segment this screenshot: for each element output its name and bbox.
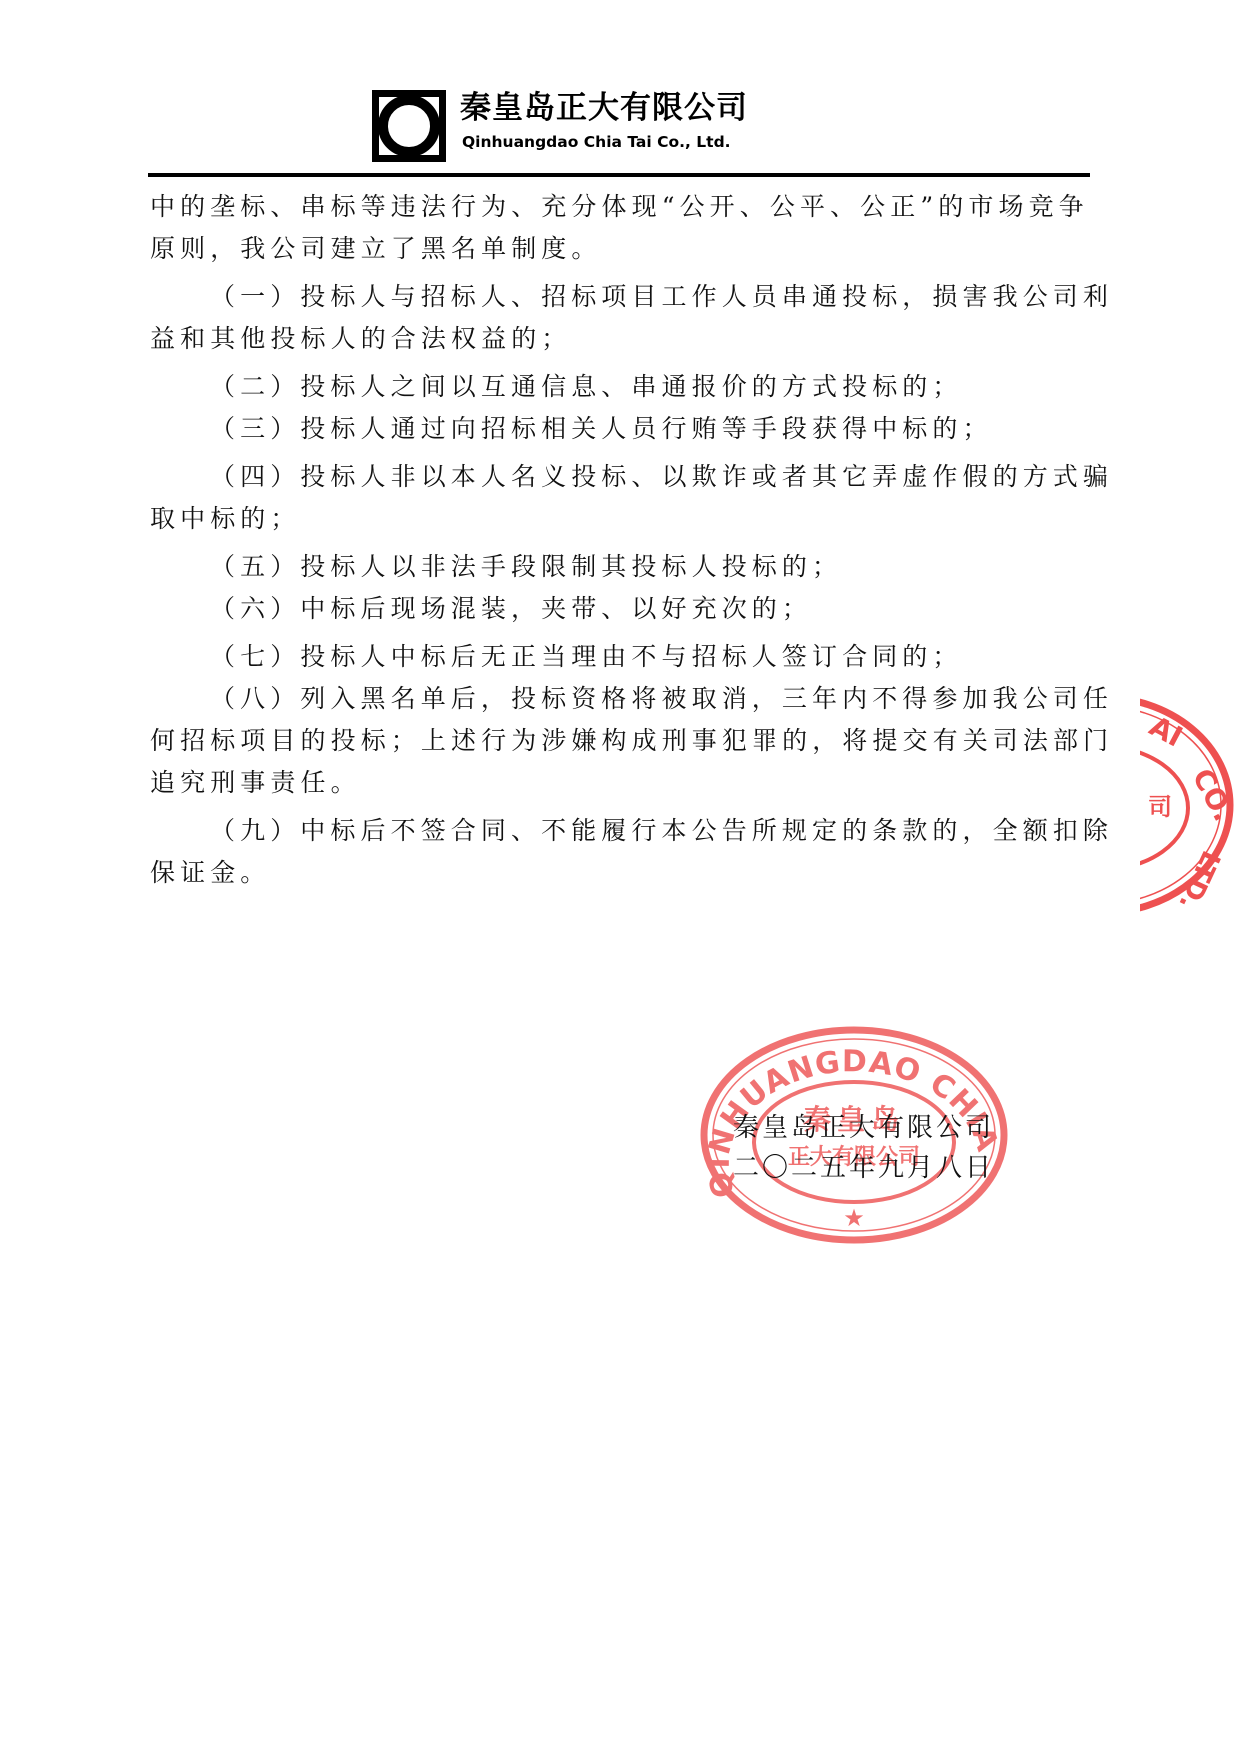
- clause-8: （八）列入黑名单后，投标资格将被取消，三年内不得参加我公司任: [150, 678, 1090, 720]
- header-divider: [148, 173, 1090, 177]
- signature-company: 秦皇岛正大有限公司: [733, 1108, 994, 1148]
- logo-ring-icon: [378, 95, 440, 157]
- signature-date: 二〇二五年九月八日: [733, 1148, 994, 1188]
- svg-text:LTD.: LTD.: [1172, 846, 1225, 914]
- clause-5: （五）投标人以非法手段限制其投标人投标的；: [150, 546, 1090, 588]
- signature-block: 秦皇岛正大有限公司 二〇二五年九月八日: [733, 1108, 994, 1188]
- company-name-en: Qinhuangdao Chia Tai Co., Ltd.: [462, 132, 731, 152]
- notice-body: 中的垄标、串标等违法行为、充分体现“公开、公平、公正”的市场竞争 原则，我公司建…: [150, 186, 1090, 894]
- body-line: 何招标项目的投标；上述行为涉嫌构成刑事犯罪的，将提交有关司法部门: [150, 720, 1090, 762]
- clause-9: （九）中标后不签合同、不能履行本公告所规定的条款的，全额扣除: [150, 810, 1090, 852]
- clause-4: （四）投标人非以本人名义投标、以欺诈或者其它弄虚作假的方式骗: [150, 456, 1090, 498]
- body-line: 追究刑事责任。: [150, 762, 1090, 804]
- clause-3: （三）投标人通过向招标相关人员行贿等手段获得中标的；: [150, 408, 1090, 450]
- clause-6: （六）中标后现场混装，夹带、以好充次的；: [150, 588, 1090, 630]
- body-line: 益和其他投标人的合法权益的；: [150, 318, 1090, 360]
- svg-text:司: 司: [1148, 793, 1172, 821]
- svg-text:AI: AI: [1144, 709, 1188, 753]
- clause-1: （一）投标人与招标人、招标项目工作人员串通投标，损害我公司利: [150, 276, 1090, 318]
- body-line: 保证金。: [150, 852, 1090, 894]
- svg-text:★: ★: [843, 1204, 865, 1232]
- company-name-cn: 秦皇岛正大有限公司: [460, 88, 748, 128]
- company-logo-icon: [372, 90, 446, 162]
- body-line: 原则，我公司建立了黑名单制度。: [150, 228, 1090, 270]
- clause-7: （七）投标人中标后无正当理由不与招标人签订合同的；: [150, 636, 1090, 678]
- partial-seal-stamp-icon: AI CO. LTD. 司: [1120, 690, 1239, 920]
- body-line: 中的垄标、串标等违法行为、充分体现“公开、公平、公正”的市场竞争: [150, 186, 1090, 228]
- body-line: 取中标的；: [150, 498, 1090, 540]
- clause-2: （二）投标人之间以互通信息、串通报价的方式投标的；: [150, 366, 1090, 408]
